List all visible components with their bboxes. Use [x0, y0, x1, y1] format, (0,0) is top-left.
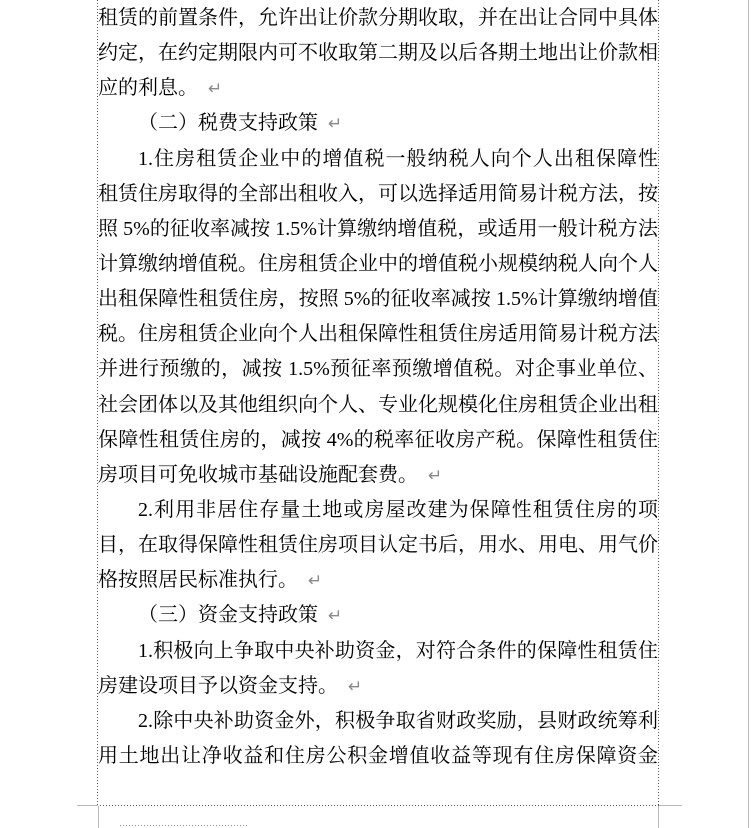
text-line-content: （三）资金支持政策 — [138, 604, 318, 626]
text-line: 用土地出让净收益和住房公积金增值收益等现有住房保障资金 — [98, 739, 658, 774]
text-line-content: 税。住房租赁企业向个人出租保障性租赁住房适用简易计税方法 — [98, 323, 658, 345]
text-line: （二）税费支持政策↵ — [98, 106, 658, 141]
text-line: 租赁的前置条件，允许出让价款分期收取，并在出让合同中具体 — [98, 1, 658, 36]
text-line: 社会团体以及其他组织向个人、专业化规模化住房租赁企业出租 — [98, 388, 658, 423]
text-line: 约定，在约定期限内可不收取第二期及以后各期土地出让价款相 — [98, 36, 658, 71]
text-line-content: 社会团体以及其他组织向个人、专业化规模化住房租赁企业出租 — [98, 394, 658, 416]
paragraph-mark-icon: ↵ — [308, 571, 322, 591]
text-line-content: 1.积极向上争取中央补助资金，对符合条件的保障性租赁住 — [138, 640, 658, 662]
crop-mark-bottom-right-horizontal — [659, 805, 682, 806]
text-line: 租赁住房取得的全部出租收入，可以选择适用简易计税方法，按 — [98, 177, 658, 212]
text-line: 照 5%的征收率减按 1.5%计算缴纳增值税，或适用一般计税方法 — [98, 212, 658, 247]
text-line: 出租保障性租赁住房，按照 5%的征收率减按 1.5%计算缴纳增值 — [98, 282, 658, 317]
text-line: 税。住房租赁企业向个人出租保障性租赁住房适用简易计税方法 — [98, 317, 658, 352]
text-line-content: 用土地出让净收益和住房公积金增值收益等现有住房保障资金 — [98, 745, 658, 767]
text-line: 并进行预缴的，减按 1.5%预征率预缴增值税。对企事业单位、 — [98, 352, 658, 387]
crop-mark-bottom-left-horizontal — [77, 805, 98, 806]
paragraph-mark-icon: ↵ — [208, 79, 222, 99]
text-line: 应的利息。↵ — [98, 71, 658, 106]
text-line: 计算缴纳增值税。住房租赁企业中的增值税小规模纳税人向个人 — [98, 247, 658, 282]
footer-text-boundary — [120, 825, 247, 826]
paragraph-mark-icon: ↵ — [348, 677, 362, 697]
paragraph-mark-icon: ↵ — [328, 114, 342, 134]
text-line-content: 房项目可免收城市基础设施配套费。 — [98, 464, 418, 486]
text-line-content: 保障性租赁住房的，减按 4%的税率征收房产税。保障性租赁住 — [98, 429, 658, 451]
text-line-content: 租赁住房取得的全部出租收入，可以选择适用简易计税方法，按 — [98, 183, 658, 205]
text-line-content: 照 5%的征收率减按 1.5%计算缴纳增值税，或适用一般计税方法 — [98, 218, 658, 240]
text-line-content: 租赁的前置条件，允许出让价款分期收取，并在出让合同中具体 — [98, 7, 658, 29]
text-line-content: 应的利息。 — [98, 77, 198, 99]
crop-mark-bottom-right-vertical — [658, 806, 659, 828]
text-line-content: 2.利用非居住存量土地或房屋改建为保障性租赁住房的项 — [138, 499, 658, 521]
text-line: 2.利用非居住存量土地或房屋改建为保障性租赁住房的项 — [98, 493, 658, 528]
text-lines: 租赁的前置条件，允许出让价款分期收取，并在出让合同中具体约定，在约定期限内可不收… — [98, 1, 658, 774]
text-line: 1.住房租赁企业中的增值税一般纳税人向个人出租保障性 — [98, 142, 658, 177]
document-page: 租赁的前置条件，允许出让价款分期收取，并在出让合同中具体约定，在约定期限内可不收… — [0, 0, 752, 828]
text-line-content: 2.除中央补助资金外，积极争取省财政奖励，县财政统筹利 — [138, 710, 658, 732]
crop-mark-bottom-left-vertical — [98, 806, 99, 828]
text-line-content: 目，在取得保障性租赁住房项目认定书后，用水、用电、用气价 — [98, 534, 658, 556]
text-line: 房建设项目予以资金支持。↵ — [98, 669, 658, 704]
page-right-edge — [748, 0, 749, 828]
text-line: 格按照居民标准执行。↵ — [98, 563, 658, 598]
text-line-content: 格按照居民标准执行。 — [98, 569, 298, 591]
paragraph-mark-icon: ↵ — [328, 606, 342, 626]
text-line-content: 房建设项目予以资金支持。 — [98, 675, 338, 697]
text-line: （三）资金支持政策↵ — [98, 598, 658, 633]
text-line: 目，在取得保障性租赁住房项目认定书后，用水、用电、用气价 — [98, 528, 658, 563]
text-line: 保障性租赁住房的，减按 4%的税率征收房产税。保障性租赁住 — [98, 423, 658, 458]
text-line: 房项目可免收城市基础设施配套费。↵ — [98, 458, 658, 493]
text-line-content: （二）税费支持政策 — [138, 112, 318, 134]
text-line: 1.积极向上争取中央补助资金，对符合条件的保障性租赁住 — [98, 634, 658, 669]
text-line-content: 1.住房租赁企业中的增值税一般纳税人向个人出租保障性 — [138, 148, 658, 170]
text-line-content: 计算缴纳增值税。住房租赁企业中的增值税小规模纳税人向个人 — [98, 253, 658, 275]
text-line: 2.除中央补助资金外，积极争取省财政奖励，县财政统筹利 — [98, 704, 658, 739]
paragraph-mark-icon: ↵ — [428, 466, 442, 486]
text-boundary-bottom — [97, 805, 659, 806]
text-line-content: 约定，在约定期限内可不收取第二期及以后各期土地出让价款相 — [98, 42, 658, 64]
text-line-content: 出租保障性租赁住房，按照 5%的征收率减按 1.5%计算缴纳增值 — [98, 288, 658, 310]
text-line-content: 并进行预缴的，减按 1.5%预征率预缴增值税。对企事业单位、 — [98, 358, 658, 380]
text-boundary-right — [658, 0, 659, 805]
